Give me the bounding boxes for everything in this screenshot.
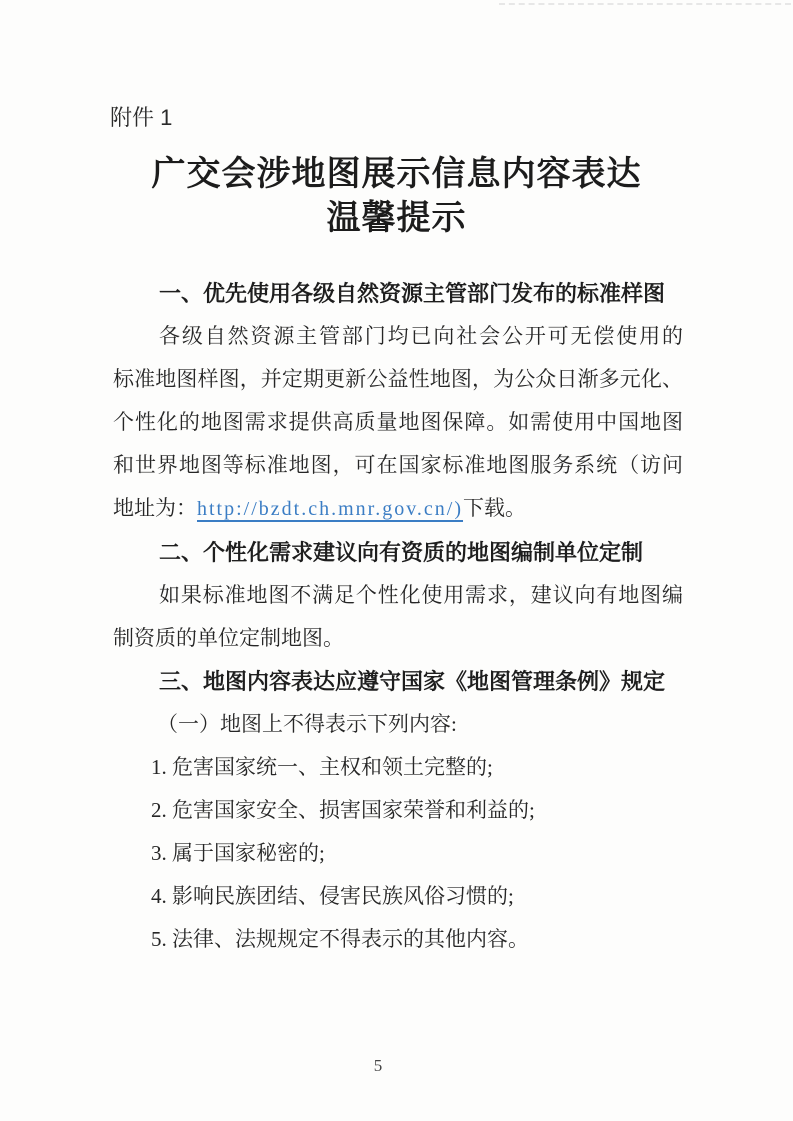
attachment-label: 附件 1 (110, 101, 172, 132)
section-one-heading: 一、优先使用各级自然资源主管部门发布的标准样图 (113, 272, 683, 315)
document-body: 一、优先使用各级自然资源主管部门发布的标准样图 各级自然资源主管部门均已向社会公… (113, 272, 683, 961)
scan-artifact-line (499, 3, 791, 5)
document-title: 广交会涉地图展示信息内容表达 温馨提示 (0, 153, 793, 241)
prohibited-item-2: 2. 危害国家安全、损害国家荣誉和利益的; (113, 789, 683, 832)
section-one-url-line: 地址为：http://bzdt.ch.mnr.gov.cn/)下载。 (113, 487, 683, 531)
section-one-line4: 和世界地图等标准地图，可在国家标准地图服务系统（访问 (113, 444, 683, 487)
prohibited-item-1: 1. 危害国家统一、主权和领土完整的; (113, 746, 683, 789)
document-page: 附件 1 广交会涉地图展示信息内容表达 温馨提示 一、优先使用各级自然资源主管部… (0, 0, 793, 1121)
prohibited-item-3: 3. 属于国家秘密的; (113, 832, 683, 875)
page-number: 5 (0, 1056, 756, 1076)
prohibited-item-4: 4. 影响民族团结、侵害民族风俗习惯的; (113, 875, 683, 918)
url-line-suffix: 下载。 (463, 496, 526, 520)
section-two-line1: 如果标准地图不满足个性化使用需求，建议向有地图编 (113, 574, 683, 617)
prohibited-item-5: 5. 法律、法规规定不得表示的其他内容。 (113, 918, 683, 961)
section-one-line3: 个性化的地图需求提供高质量地图保障。如需使用中国地图 (113, 401, 683, 444)
section-two-heading: 二、个性化需求建议向有资质的地图编制单位定制 (113, 531, 683, 574)
document-title-line1: 广交会涉地图展示信息内容表达 (0, 153, 793, 197)
section-one-line1: 各级自然资源主管部门均已向社会公开可无偿使用的 (113, 315, 683, 358)
section-three-heading: 三、地图内容表达应遵守国家《地图管理条例》规定 (113, 660, 683, 703)
section-one-line2: 标准地图样图，并定期更新公益性地图，为公众日渐多元化、 (113, 358, 683, 401)
url-line-prefix: 地址为： (113, 496, 197, 520)
document-title-line2: 温馨提示 (0, 197, 793, 241)
section-three-intro: （一）地图上不得表示下列内容: (113, 703, 683, 746)
section-two-line2: 制资质的单位定制地图。 (113, 617, 683, 660)
standard-map-link[interactable]: http://bzdt.ch.mnr.gov.cn/) (197, 498, 463, 520)
